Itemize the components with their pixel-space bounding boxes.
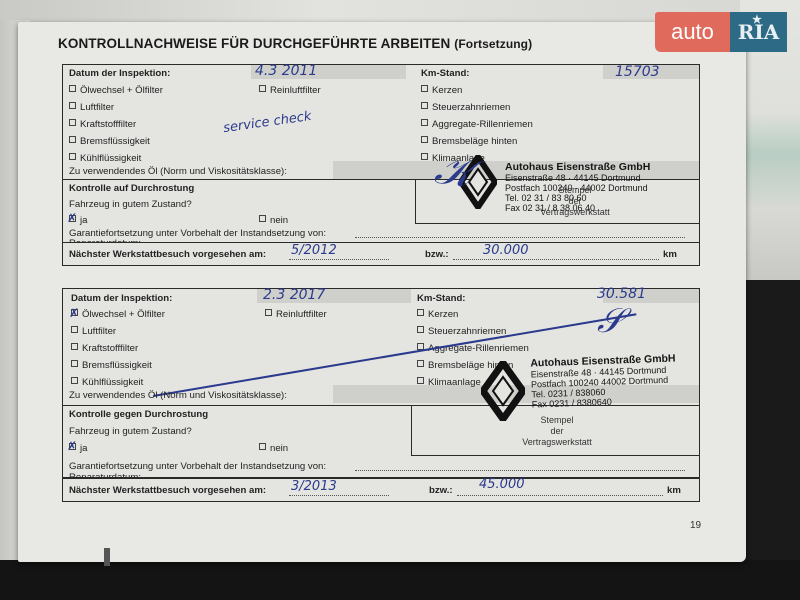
- stamp-caption: Stempel der Vertragswerkstatt: [525, 185, 625, 218]
- nein-checkbox[interactable]: nein: [259, 215, 288, 226]
- dotted-line: [453, 259, 659, 260]
- dotted-line: [289, 495, 389, 496]
- stamp-caption-line: Vertragswerkstatt: [525, 207, 625, 218]
- inspection-block-2: Datum der Inspektion: 2.3 2017 Km-Stand:…: [62, 288, 700, 478]
- dotted-line: [355, 470, 685, 471]
- stamp-caption: Stempel der Vertragswerkstatt: [507, 415, 607, 448]
- check-item[interactable]: Steuerzahnriemen: [421, 102, 510, 113]
- stamp-caption-line: der: [507, 426, 607, 437]
- dotted-line: [289, 259, 389, 260]
- title-main: KONTROLLNACHWEISE FÜR DURCHGEFÜHRTE ARBE…: [58, 36, 450, 51]
- autoria-watermark: auto ★ RIA: [655, 12, 787, 52]
- next-visit-label: Nächster Werkstattbesuch vorgesehen am:: [69, 485, 266, 496]
- rust-heading: Kontrolle gegen Durchrostung: [69, 409, 208, 420]
- oil-label: Zu verwendendes Öl (Norm und Viskositäts…: [69, 390, 287, 401]
- stamp-caption-line: Vertragswerkstatt: [507, 437, 607, 448]
- check-item[interactable]: Kerzen: [421, 85, 462, 96]
- nein-checkbox[interactable]: nein: [259, 443, 288, 454]
- check-item[interactable]: Ölwechsel + Ölfilter: [69, 85, 163, 96]
- ja-check-mark: ✗: [67, 439, 77, 453]
- dealer-address: Eisenstraße 48 · 44145 Dortmund: [505, 173, 650, 183]
- check-item[interactable]: Steuerzahnriemen: [417, 326, 506, 337]
- bzw-label: bzw.:: [429, 485, 453, 496]
- km-unit: km: [663, 249, 677, 260]
- check-item[interactable]: Kerzen: [417, 309, 458, 320]
- date-label: Datum der Inspektion:: [69, 68, 170, 79]
- check-item[interactable]: Reinluftfilter: [259, 85, 321, 96]
- next-visit-km: 30.000: [483, 243, 529, 258]
- check-item[interactable]: Aggregate-Rillenriemen: [421, 119, 533, 130]
- km-label: Km-Stand:: [417, 293, 466, 304]
- stamp-caption-line: Stempel: [525, 185, 625, 196]
- signature: 𝒮: [597, 301, 623, 341]
- watermark-ria: ★ RIA: [730, 12, 787, 52]
- km-value: 30.581: [597, 286, 646, 302]
- inspection-block-1: Datum der Inspektion: 4.3 2011 Km-Stand:…: [62, 64, 700, 244]
- background-bottom: [0, 560, 800, 600]
- check-item[interactable]: Luftfilter: [71, 326, 116, 337]
- check-item[interactable]: Kühlflüssigkeit: [71, 377, 143, 388]
- check-item[interactable]: Kraftstofffilter: [69, 119, 136, 130]
- renault-logo: [481, 361, 525, 421]
- rust-heading: Kontrolle auf Durchrostung: [69, 183, 194, 194]
- watermark-auto: auto: [655, 12, 730, 52]
- page-tab-marker: [104, 548, 110, 566]
- title-suffix: (Fortsetzung): [454, 37, 532, 51]
- booklet-page: KONTROLLNACHWEISE FÜR DURCHGEFÜHRTE ARBE…: [18, 22, 746, 562]
- check-item[interactable]: Klimaanlage: [417, 377, 481, 388]
- page-number: 19: [690, 520, 701, 531]
- warranty-label: Garantiefortsetzung unter Vorbehalt der …: [69, 461, 326, 472]
- stamp-caption-line: Stempel: [507, 415, 607, 426]
- next-visit-row-2: Nächster Werkstattbesuch vorgesehen am: …: [62, 478, 700, 502]
- oil-change-check-mark: ✗: [69, 306, 79, 320]
- km-label: Km-Stand:: [421, 68, 470, 79]
- page-title: KONTROLLNACHWEISE FÜR DURCHGEFÜHRTE ARBE…: [58, 36, 532, 51]
- star-icon: ★: [752, 13, 762, 26]
- km-value: 15703: [615, 64, 660, 80]
- next-visit-date: 3/2013: [291, 479, 337, 494]
- ja-check-mark: ✗: [67, 211, 77, 225]
- date-value: 2.3 2017: [263, 287, 325, 303]
- next-visit-km: 45.000: [479, 477, 525, 492]
- next-visit-label: Nächster Werkstattbesuch vorgesehen am:: [69, 249, 266, 260]
- condition-question: Fahrzeug in gutem Zustand?: [69, 199, 192, 210]
- km-unit: km: [667, 485, 681, 496]
- dotted-line: [457, 495, 663, 496]
- check-item[interactable]: Luftfilter: [69, 102, 114, 113]
- check-item[interactable]: Kraftstofffilter: [71, 343, 138, 354]
- condition-question: Fahrzeug in gutem Zustand?: [69, 426, 192, 437]
- dealer-stamp: Autohaus Eisenstraße GmbH Eisenstraße 48…: [530, 352, 677, 409]
- check-item[interactable]: Reinluftfilter: [265, 309, 327, 320]
- handwritten-note: service check: [222, 109, 312, 136]
- check-item[interactable]: Ölwechsel + Ölfilter: [71, 309, 165, 320]
- next-visit-row-1: Nächster Werkstattbesuch vorgesehen am: …: [62, 242, 700, 266]
- check-item[interactable]: Kühlflüssigkeit: [69, 153, 141, 164]
- oil-label: Zu verwendendes Öl (Norm und Viskositäts…: [69, 166, 287, 177]
- signature: 𝒦: [432, 147, 475, 198]
- bzw-label: bzw.:: [425, 249, 449, 260]
- check-item[interactable]: Bremsbeläge hinten: [421, 136, 517, 147]
- date-value: 4.3 2011: [255, 63, 317, 79]
- check-item[interactable]: Bremsflüssigkeit: [71, 360, 152, 371]
- stamp-caption-line: der: [525, 196, 625, 207]
- dotted-line: [355, 237, 685, 238]
- next-visit-date: 5/2012: [291, 243, 337, 258]
- date-label: Datum der Inspektion:: [71, 293, 172, 304]
- check-item[interactable]: Bremsflüssigkeit: [69, 136, 150, 147]
- dealer-name: Autohaus Eisenstraße GmbH: [505, 161, 650, 173]
